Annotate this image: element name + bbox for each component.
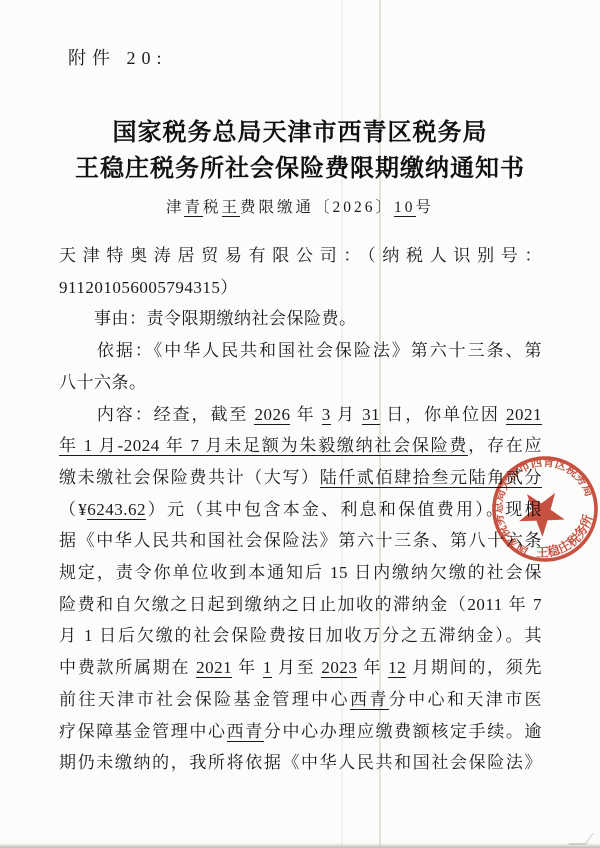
attachment-label: 附件 20:: [68, 44, 168, 70]
document-line: （¥6243.62）元（其中包含本金、利息和保值费用）。现根: [59, 494, 542, 526]
text-segment: （¥: [59, 500, 87, 519]
text-segment-underlined: 2021: [196, 658, 232, 678]
document-line: 中费款所属期在 2021 年 1 月至 2023 年 12 月期间的，须先: [59, 652, 542, 684]
text-segment: 年: [232, 658, 263, 677]
text-segment-underlined: 2021: [506, 405, 542, 425]
text-segment-underlined: 31: [362, 405, 380, 425]
text-segment: 年: [357, 658, 388, 677]
document-line: 天津特奥涛居贸易有限公司：（纳税人识别号：: [59, 240, 542, 272]
text-segment-underlined: 6243.62: [87, 500, 146, 520]
document-line: 险费和自欠缴之日起到缴纳之日止加收的滞纳金（2011 年 7: [59, 589, 542, 621]
text-segment: 分中心办理应缴费额核定手续。逾: [264, 722, 542, 741]
text-segment: 天津特奥涛居贸易有限公司：（纳税人识别号：: [59, 246, 542, 265]
scan-artifact-bottom-edge: [0, 843, 600, 848]
text-segment: 内容：经查，截至: [59, 405, 254, 424]
text-segment: 缴未缴社会保险费共计（大写）: [59, 468, 320, 487]
text-segment-underlined: 西青: [350, 690, 389, 710]
document-line: 依据：《中华人民共和国社会保险法》第六十三条、第: [59, 335, 542, 367]
document-title-line1: 国家税务总局天津市西青区税务局: [0, 112, 600, 147]
text-segment: 年: [290, 405, 321, 424]
text-segment: 中费款所属期在: [59, 658, 196, 677]
document-line: 911201056005794315）: [59, 272, 542, 304]
document-title-line2: 王稳庄税务所社会保险费限期缴纳通知书: [0, 148, 600, 183]
text-segment: 期仍未缴纳的，我所将依据《中华人民共和国社会保险法》: [59, 753, 542, 772]
document-line: 前往天津市社会保险基金管理中心西青分中心和天津市医: [59, 684, 542, 716]
text-segment: 分中心和天津市医: [389, 690, 542, 709]
text-segment: ，存在应: [468, 436, 542, 455]
text-segment: 险费和自欠缴之日起到缴纳之日止加收的滞纳金（2011 年 7: [59, 595, 542, 614]
document-body: 天津特奥涛居贸易有限公司：（纳税人识别号：911201056005794315）…: [59, 240, 542, 779]
text-segment-underlined: 青: [184, 199, 203, 217]
document-number: 津青税王费限缴通〔2026〕10号: [0, 195, 600, 217]
document-line: 月 1 日后欠缴的社会保险费按日加收万分之五滞纳金）。其: [59, 620, 542, 652]
document-line: 缴未缴社会保险费共计（大写）陆仟贰佰肆拾叁元陆角贰分: [59, 462, 542, 494]
text-segment: 八十六条。: [59, 373, 147, 392]
text-segment: 月期间的，须先: [406, 658, 542, 677]
text-segment: 911201056005794315）: [59, 278, 238, 297]
text-segment: 月 1 日后欠缴的社会保险费按日加收万分之五滞纳金）。其: [59, 626, 542, 645]
document-line: 疗保障基金管理中心西青分中心办理应缴费额核定手续。逾: [59, 716, 542, 748]
text-segment: 规定，责令你单位收到本通知后 15 日内缴纳欠缴的社会保: [59, 563, 542, 582]
text-segment-underlined: 2023: [321, 658, 357, 678]
document-line: 年 1 月-2024 年 7 月未足额为朱毅缴纳社会保险费，存在应: [59, 430, 542, 462]
text-segment: ）元（其中包含本金、利息和保值费用）。现根: [146, 500, 542, 519]
text-segment-underlined: 西青: [227, 722, 264, 742]
text-segment: 费限缴通〔2026〕: [240, 199, 394, 216]
scanned-document-page: 附件 20: 国家税务总局天津市西青区税务局 王稳庄税务所社会保险费限期缴纳通知…: [0, 0, 600, 848]
document-line: 规定，责令你单位收到本通知后 15 日内缴纳欠缴的社会保: [59, 557, 542, 589]
text-segment: 疗保障基金管理中心: [59, 722, 227, 741]
text-segment-underlined: 12: [388, 658, 406, 678]
text-segment: 据《中华人民共和国社会保险法》第六十三条、第八十六条: [59, 531, 542, 550]
text-segment: 事由：责令限期缴纳社会保险费。: [59, 309, 357, 328]
text-segment: 税: [203, 199, 222, 216]
text-segment: 号: [416, 199, 435, 216]
text-segment: 前往天津市社会保险基金管理中心: [59, 690, 350, 709]
document-line: 内容：经查，截至 2026 年 3 月 31 日，你单位因 2021: [59, 399, 542, 431]
text-segment-underlined: 陆仟贰佰肆拾叁元陆角贰分: [320, 468, 542, 488]
text-segment-underlined: 年 1 月-2024 年 7 月未足额为朱毅缴纳社会保险费: [59, 436, 468, 456]
text-segment: 日，你单位因: [380, 405, 506, 424]
text-segment-underlined: 王: [222, 199, 241, 217]
text-segment: 月: [331, 405, 362, 424]
text-segment-underlined: 3: [322, 405, 331, 425]
text-segment-underlined: 2026: [254, 405, 290, 425]
document-line: 据《中华人民共和国社会保险法》第六十三条、第八十六条: [59, 525, 542, 557]
text-segment: 月至: [272, 658, 321, 677]
text-segment: 依据：《中华人民共和国社会保险法》第六十三条、第: [59, 341, 542, 360]
text-segment-underlined: 10: [394, 199, 416, 217]
text-segment: 津: [166, 199, 185, 216]
text-segment-underlined: 1: [263, 658, 272, 678]
document-line: 期仍未缴纳的，我所将依据《中华人民共和国社会保险法》: [59, 747, 542, 779]
document-line: 事由：责令限期缴纳社会保险费。: [59, 303, 542, 335]
document-line: 八十六条。: [59, 367, 542, 399]
